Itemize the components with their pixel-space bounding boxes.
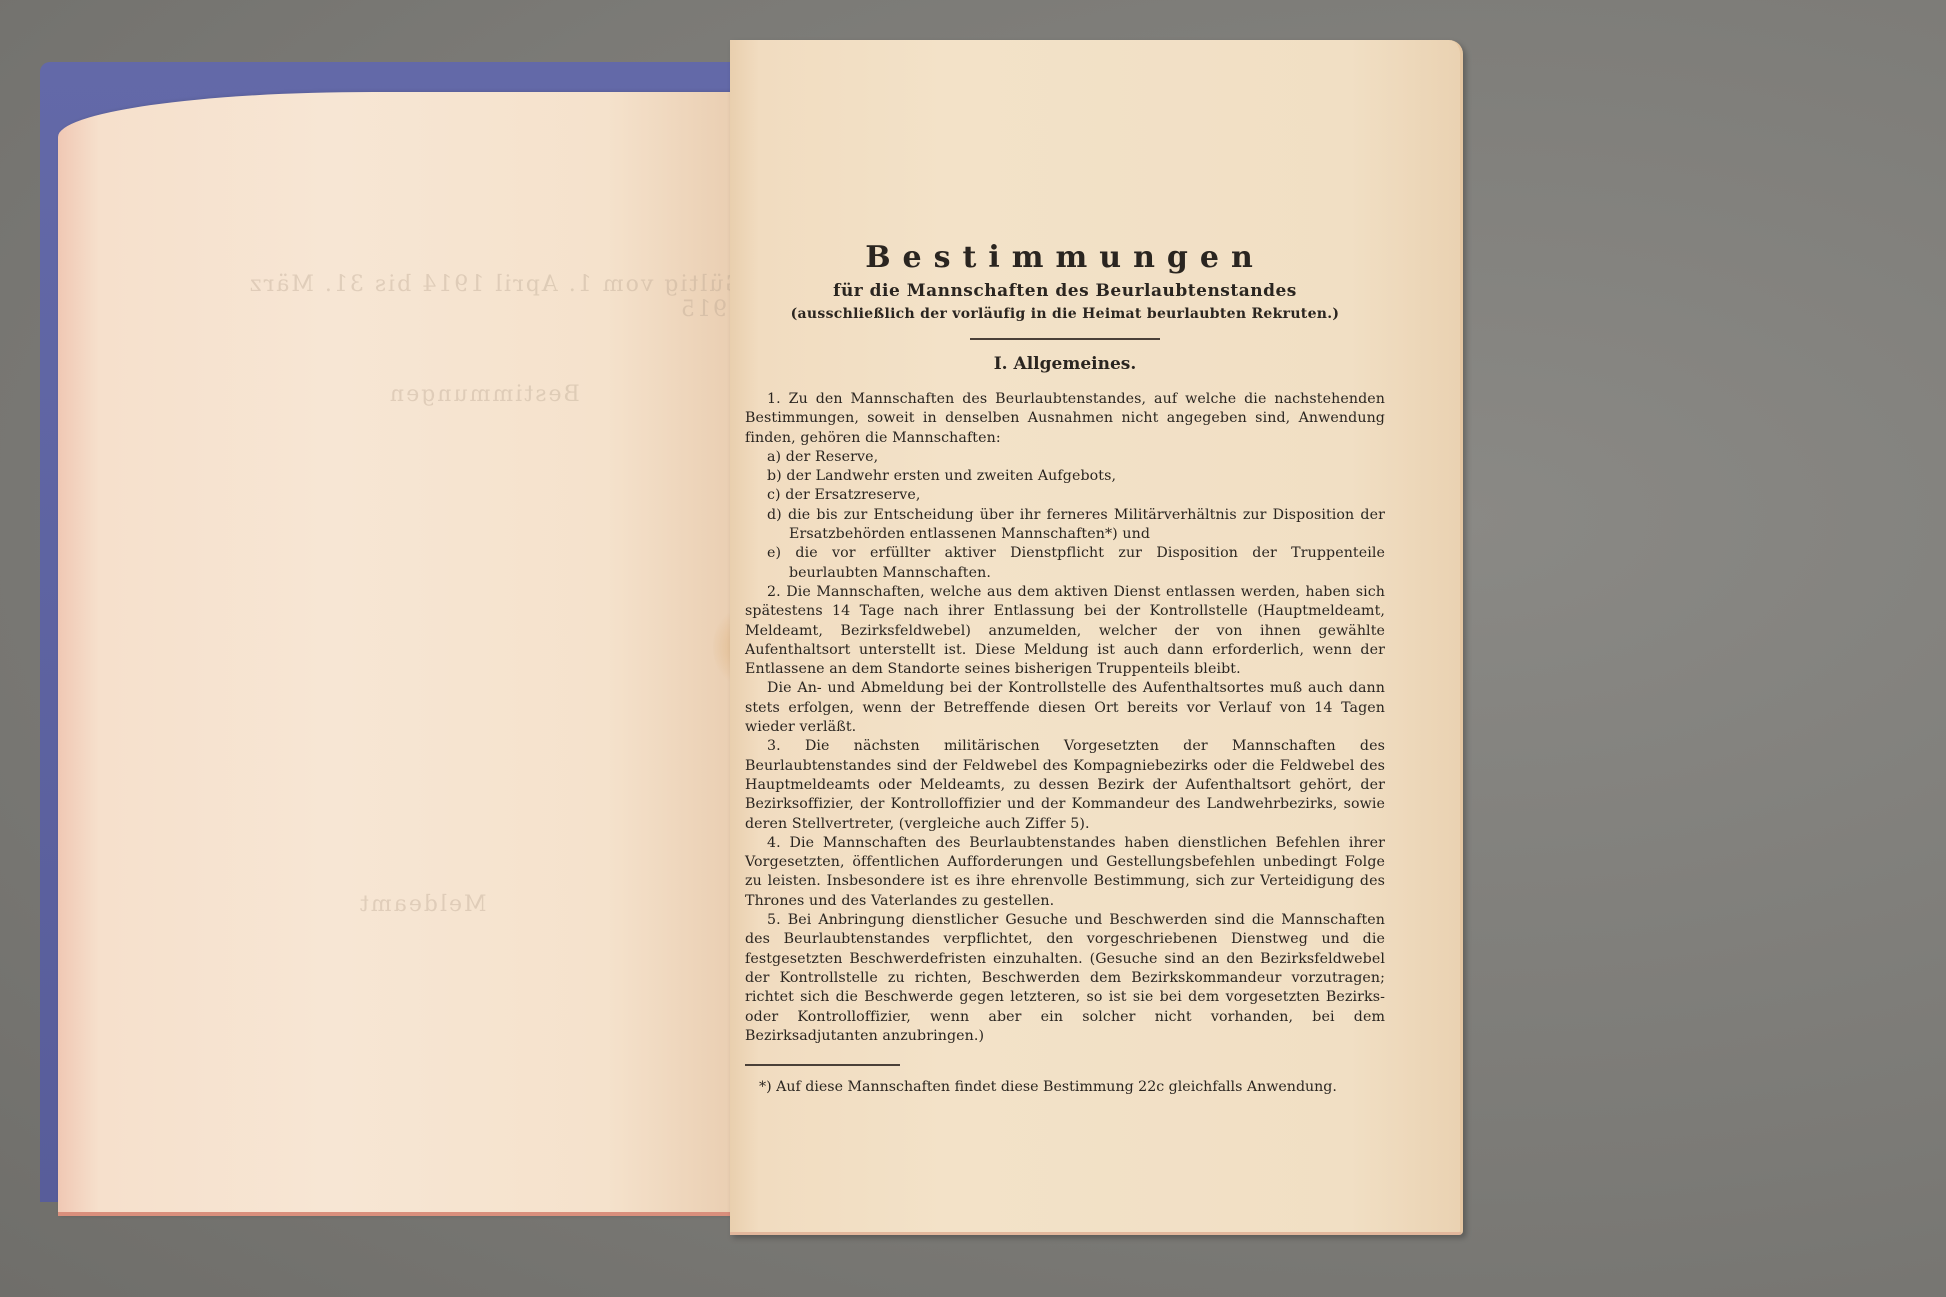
paragraph: 2. Die Mannschaften, welche aus dem akti… — [745, 583, 1385, 679]
footnote: *) Auf diese Mannschaften findet diese B… — [745, 1078, 1385, 1097]
paragraph: 3. Die nächsten militärischen Vorgesetzt… — [745, 737, 1385, 833]
list-item: d) die bis zur Entscheidung über ihr fer… — [745, 506, 1385, 545]
paragraph: Die An- und Abmeldung bei der Kontrollst… — [745, 679, 1385, 737]
page-title: Bestimmungen — [745, 240, 1385, 275]
list-item: e) die vor erfüllter aktiver Dienstpflic… — [745, 544, 1385, 583]
paragraph: 4. Die Mannschaften des Beurlaubtenstand… — [745, 834, 1385, 911]
page-subtitle-note: (ausschließlich der vorläufig in die Hei… — [745, 306, 1385, 322]
show-through-line: Bestimmungen — [388, 382, 580, 407]
list-item: b) der Landwehr ersten und zweiten Aufge… — [745, 467, 1385, 486]
page-text: Bestimmungen für die Mannschaften des Be… — [745, 190, 1385, 1097]
divider — [970, 338, 1160, 340]
page-subtitle: für die Mannschaften des Beurlaubtenstan… — [745, 281, 1385, 301]
right-page: Bestimmungen für die Mannschaften des Be… — [730, 40, 1463, 1235]
paragraph: 1. Zu den Mannschaften des Beurlaubtenst… — [745, 390, 1385, 448]
show-through-line: Meldeamt — [358, 892, 487, 917]
body-text: 1. Zu den Mannschaften des Beurlaubtenst… — [745, 390, 1385, 1046]
list-item: a) der Reserve, — [745, 448, 1385, 467]
list-item: c) der Ersatzreserve, — [745, 486, 1385, 505]
left-page: Gültig vom 1. April 1914 bis 31. März 19… — [58, 92, 743, 1216]
show-through-line: Gültig vom 1. April 1914 bis 31. März 19… — [208, 272, 743, 322]
footnote-divider — [745, 1064, 900, 1066]
section-heading: I. Allgemeines. — [745, 354, 1385, 374]
paragraph: 5. Bei Anbringung dienstlicher Gesuche u… — [745, 911, 1385, 1046]
